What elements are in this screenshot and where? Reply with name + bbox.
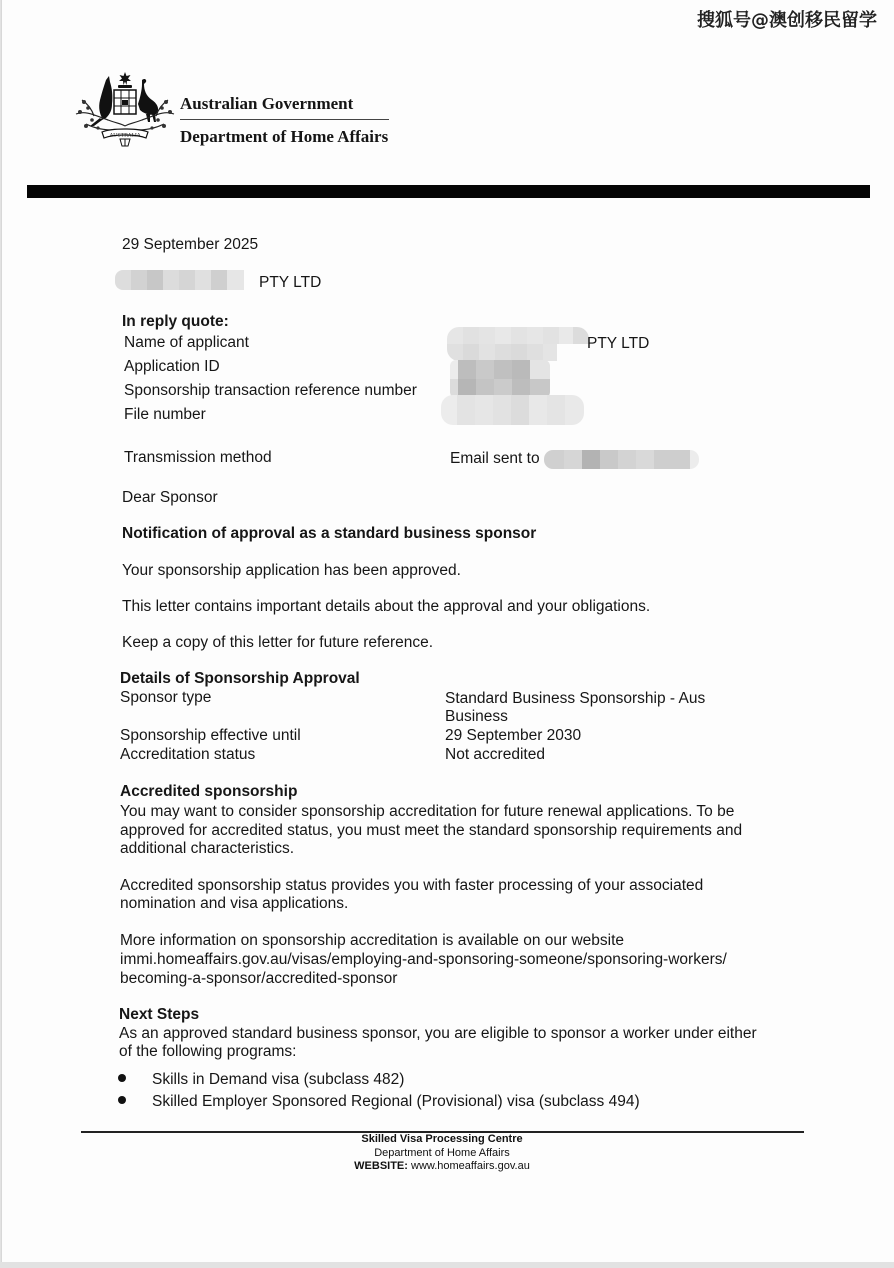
applicant-name-suffix: PTY LTD [587,334,649,353]
next-steps-heading: Next Steps [119,1005,199,1024]
transmission-label: Transmission method [124,448,272,467]
redacted-applicant-name [447,327,589,361]
australian-coat-of-arms-icon: AUSTRALIA [72,70,178,148]
bullet-icon [118,1074,126,1082]
watermark: 搜狐号@澳创移民留学 [697,6,877,32]
accredited-p1-line2: approved for accredited status, you must… [120,821,742,840]
letter-page: 搜狐号@澳创移民留学 [1,0,894,1262]
details-value-effective-until: 29 September 2030 [445,726,581,745]
accredited-p1-line3: additional characteristics. [120,839,294,858]
svg-text:AUSTRALIA: AUSTRALIA [109,133,141,139]
redacted-application-id [450,360,550,398]
next-steps-intro-line2: of the following programs: [119,1042,296,1061]
redacted-file-number [441,395,584,425]
salutation: Dear Sponsor [122,488,218,507]
bullet-icon [118,1096,126,1104]
header-bar [27,185,870,198]
accredited-p1-line1: You may want to consider sponsorship acc… [120,802,734,821]
details-label-sponsor-type: Sponsor type [120,688,211,707]
details-heading: Details of Sponsorship Approval [120,669,360,688]
accredited-heading: Accredited sponsorship [120,782,297,801]
reply-label-file-number: File number [124,405,206,424]
accreditation-link[interactable]: immi.homeaffairs.gov.au/visas/employing-… [120,950,727,969]
footer-website-line: WEBSITE: www.homeaffairs.gov.au [2,1160,882,1173]
details-value-sponsor-type: Standard Business Sponsorship - Aus [445,689,705,708]
department-name: Department of Home Affairs [180,127,388,147]
program-item: Skills in Demand visa (subclass 482) [152,1070,404,1089]
addressee-suffix: PTY LTD [259,273,321,292]
letter-subject: Notification of approval as a standard b… [122,524,536,543]
reply-label-application-id: Application ID [124,357,220,376]
accredited-p2-line1: Accredited sponsorship status provides y… [120,876,703,895]
details-label-accreditation: Accreditation status [120,745,255,764]
accreditation-link-cont[interactable]: becoming-a-sponsor/accredited-sponsor [120,969,397,988]
reply-label-transaction-ref: Sponsorship transaction reference number [124,381,417,400]
footer-department: Department of Home Affairs [2,1147,882,1160]
paragraph-obligations: This letter contains important details a… [122,597,650,616]
redacted-addressee [115,270,260,290]
details-label-effective-until: Sponsorship effective until [120,726,301,745]
redacted-email [544,450,699,469]
transmission-value: Email sent to [450,449,540,468]
next-steps-intro-line1: As an approved standard business sponsor… [119,1024,757,1043]
details-value-accreditation: Not accredited [445,745,545,764]
letter-date: 29 September 2025 [122,235,258,254]
paragraph-approved: Your sponsorship application has been ap… [122,561,461,580]
header-divider [180,119,389,120]
accredited-p2-line2: nomination and visa applications. [120,894,348,913]
footer-website-label: WEBSITE: [354,1160,408,1172]
paragraph-keep-copy: Keep a copy of this letter for future re… [122,633,433,652]
government-name: Australian Government [180,94,353,114]
footer-centre: Skilled Visa Processing Centre [2,1133,882,1146]
details-value-sponsor-type-cont: Business [445,707,508,726]
accredited-p3-line1: More information on sponsorship accredit… [120,931,624,950]
reply-label-applicant: Name of applicant [124,333,249,352]
footer-website-link[interactable]: www.homeaffairs.gov.au [411,1160,530,1172]
reply-quote-heading: In reply quote: [122,312,229,331]
program-item: Skilled Employer Sponsored Regional (Pro… [152,1092,640,1111]
